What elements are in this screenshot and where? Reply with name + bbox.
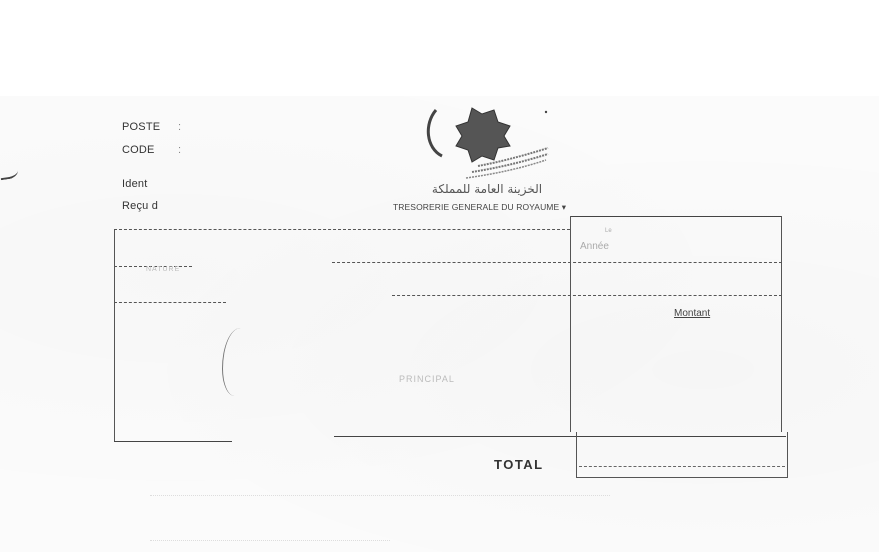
- table-left-border: [114, 229, 115, 441]
- amount-column-header: Montant: [674, 308, 710, 319]
- field-poste: POSTE :: [122, 121, 160, 133]
- field-poste-colon: :: [178, 121, 181, 133]
- faded-stamp: [285, 454, 475, 480]
- field-poste-label: POSTE: [122, 121, 160, 133]
- field-ident-label: Ident: [122, 178, 147, 190]
- table-right-border: [781, 216, 782, 432]
- field-code-colon: :: [178, 144, 181, 156]
- field-recu: Reçu d: [122, 200, 158, 212]
- total-label: TOTAL: [494, 457, 544, 472]
- field-recu-label: Reçu d: [122, 200, 158, 212]
- star-emblem-icon: [420, 104, 560, 194]
- receipt-table: [114, 216, 784, 442]
- field-code-label: CODE: [122, 144, 155, 156]
- date-label: Le: [605, 228, 612, 234]
- faint-bleed-line-2: [150, 540, 390, 541]
- nature-faint-label: NATURE: [146, 266, 180, 273]
- table-column-divider: [570, 216, 571, 432]
- row-line-bottom-a: [114, 441, 232, 442]
- org-name-arabic: الخزينة العامة للمملكة: [392, 182, 582, 196]
- total-amount-box: [576, 432, 788, 478]
- org-name-french: TRESORERIE GENERALE DU ROYAUME ▾: [393, 202, 566, 213]
- principal-faint-label: PRINCIPAL: [399, 374, 455, 384]
- row-line-1b: [332, 262, 782, 263]
- total-amount-dotted-line: [579, 466, 785, 467]
- year-label: Année: [580, 241, 609, 252]
- faint-bleed-line-1: [150, 495, 610, 496]
- table-top-border-left: [114, 229, 570, 230]
- field-code: CODE :: [122, 144, 155, 156]
- row-line-2b: [392, 295, 782, 296]
- table-top-border-right: [570, 216, 782, 217]
- field-ident: Ident: [122, 178, 147, 190]
- row-line-2a: [114, 302, 226, 303]
